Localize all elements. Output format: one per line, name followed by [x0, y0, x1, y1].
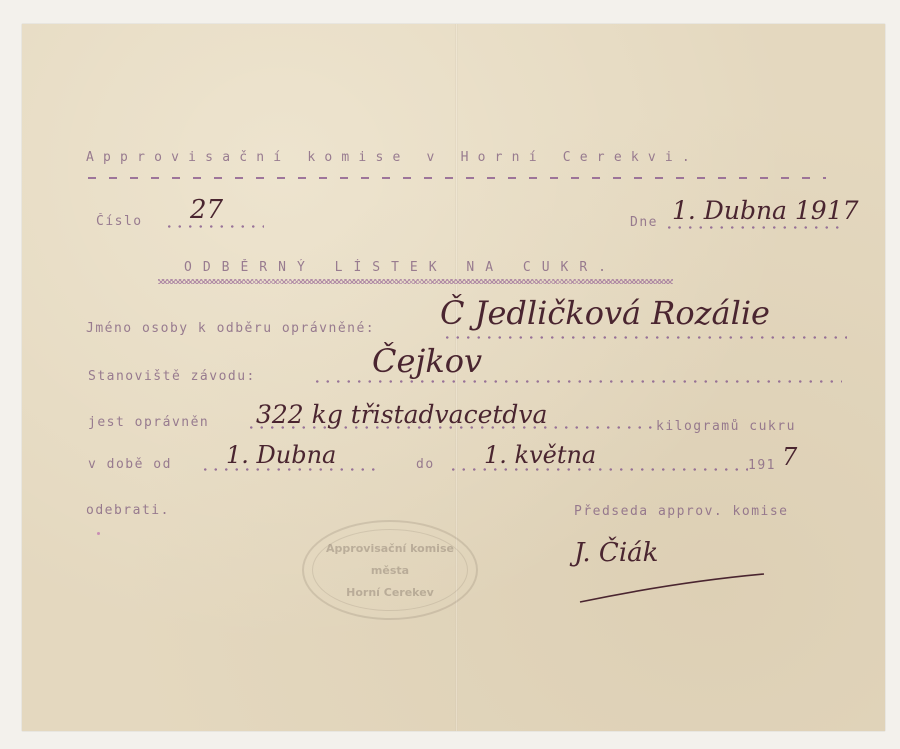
document-title: ODBĚRNÝ LÍSTEK NA CUKR. — [184, 260, 617, 275]
name-dots — [442, 336, 847, 339]
name-value: Č Jedličková Rozálie — [440, 294, 770, 332]
period-from-value: 1. Dubna — [226, 441, 336, 469]
location-value: Čejkov — [372, 342, 482, 380]
number-dots — [164, 225, 264, 228]
date-label: Dne — [630, 215, 658, 230]
location-label: Stanoviště závodu: — [88, 369, 256, 384]
date-value: 1. Dubna 1917 — [672, 196, 859, 225]
period-label: v době od — [88, 457, 172, 472]
ink-speck — [97, 532, 100, 535]
header-text: Approvisační komise v Horní Cerekvi. — [86, 150, 699, 165]
closing-text: odebrati. — [86, 503, 170, 518]
signature-role: Předseda approv. komise — [574, 504, 789, 519]
number-value: 27 — [190, 195, 223, 225]
title-underline — [158, 279, 673, 284]
stamp-line-1: Approvisační komise — [304, 542, 476, 555]
number-label: Číslo — [96, 214, 143, 229]
period-to-label: do — [416, 457, 435, 472]
stamp-line-2: města — [304, 564, 476, 577]
official-stamp: Approvisační komise města Horní Cerekev — [302, 520, 478, 620]
period-to-value: 1. května — [484, 441, 596, 469]
signature-flourish — [578, 572, 768, 606]
stamp-line-3: Horní Cerekev — [304, 586, 476, 599]
name-label: Jméno osoby k odběru oprávněné: — [86, 321, 375, 336]
header-underline — [88, 177, 826, 179]
date-dots — [664, 226, 844, 229]
signature-name: J. Čiák — [574, 538, 658, 568]
amount-value: 322 kg třistadvacetdva — [256, 400, 547, 429]
amount-unit: kilogramů cukru — [656, 419, 796, 434]
period-year-typed: 191 — [748, 458, 776, 473]
entitled-label: jest oprávněn — [88, 415, 209, 430]
period-year-hand: 7 — [782, 443, 797, 471]
location-dots — [312, 380, 842, 383]
